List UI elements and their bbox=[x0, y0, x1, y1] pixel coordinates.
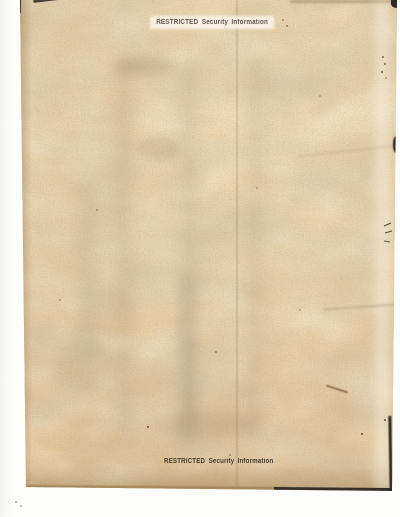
right-edge-line-bottom bbox=[388, 416, 392, 492]
top-classification-stamp: RESTRICTEDSecurity Information bbox=[150, 16, 274, 29]
classification-level: RESTRICTED bbox=[156, 19, 198, 26]
smudge-mark bbox=[138, 136, 180, 162]
left-edge-shadow bbox=[20, 0, 34, 517]
smudge-mark bbox=[60, 330, 110, 390]
dust-speck bbox=[20, 505, 22, 507]
classification-level: RESTRICTED bbox=[164, 458, 205, 465]
gray-stain-streak bbox=[179, 278, 197, 436]
right-edge-ink-blob bbox=[393, 136, 400, 153]
bottom-edge-line-left bbox=[26, 485, 288, 489]
bottom-edge-line-right bbox=[274, 487, 394, 491]
bottom-classification-stamp: RESTRICTEDSecurity Information bbox=[164, 455, 284, 468]
top-right-corner-mark bbox=[391, 0, 400, 8]
stamp-text: RESTRICTEDSecurity Information bbox=[156, 16, 268, 29]
showthrough-streak bbox=[247, 70, 263, 440]
dust-speck bbox=[15, 501, 17, 503]
smudge-mark bbox=[116, 57, 176, 75]
handling-caveat: Security Information bbox=[202, 19, 268, 26]
top-left-corner-mark bbox=[33, 0, 58, 2]
vertical-crease bbox=[236, 0, 238, 488]
left-edge-dark-line bbox=[18, 0, 21, 13]
paper-sheet: RESTRICTEDSecurity Information RESTRICTE… bbox=[0, 0, 400, 517]
smudge-mark bbox=[150, 415, 260, 437]
handling-caveat: Security Information bbox=[209, 458, 274, 465]
stamp-text: RESTRICTEDSecurity Information bbox=[164, 455, 270, 468]
scanned-document: RESTRICTEDSecurity Information RESTRICTE… bbox=[0, 0, 400, 517]
showthrough-streak bbox=[114, 55, 134, 440]
paper-texture bbox=[0, 0, 400, 517]
specks-and-scribbles bbox=[0, 0, 400, 517]
brown-scratch-mark bbox=[326, 385, 348, 394]
